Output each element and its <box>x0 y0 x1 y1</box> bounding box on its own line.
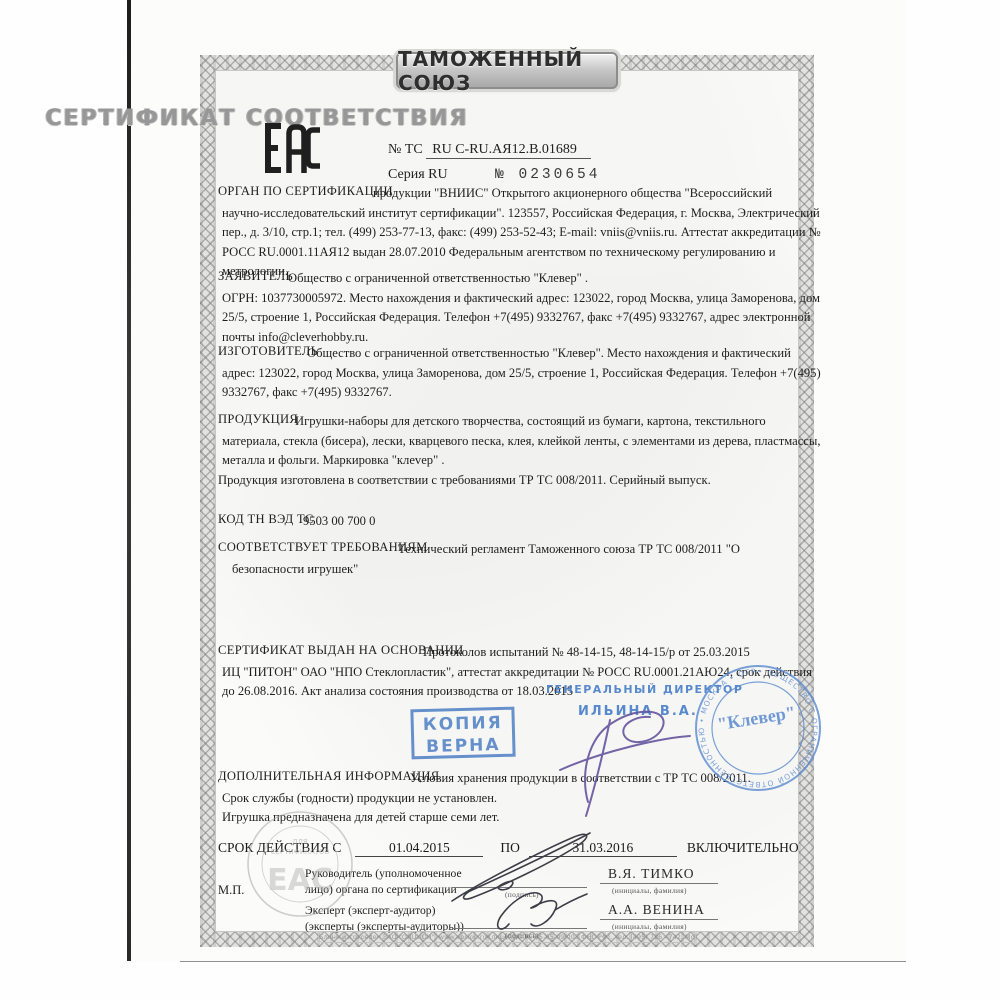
text-line: РОСС RU.0001.11АЯ12 выдан 28.07.2010 Фед… <box>218 243 804 263</box>
stamp-text: ВЕРНА <box>414 734 513 759</box>
stamp-text: СЕРТИФИКАТОВ <box>271 848 330 856</box>
certificate-title: СЕРТИФИКАТ СООТВЕТСТВИЯ <box>0 106 764 131</box>
certificate-scan: { "banner": "ТАМОЖЕННЫЙ СОЮЗ", "title": … <box>0 0 1000 1000</box>
text-line: металла и фольги. Маркировка "клеvер" . <box>218 451 804 471</box>
stamp-text: ДЛЯ <box>292 838 308 846</box>
series-row: Серия RU № 0230654 <box>388 167 600 183</box>
name-caption: (инициалы, фамилия) <box>612 886 687 895</box>
stamp-text: КОПИЯ <box>413 712 512 737</box>
validity-inclusive: ВКЛЮЧИТЕЛЬНО <box>687 840 799 856</box>
scan-edge-shadow <box>127 0 131 961</box>
text-line: Продукция изготовлена в соответствии с т… <box>218 471 804 491</box>
series-label: Серия RU <box>388 167 448 182</box>
text-line: 25/5, строение 1, Российская Федерация. … <box>218 308 804 328</box>
cert-number-row: № ТС RU C-RU.АЯ12.В.01689 <box>388 142 591 158</box>
text-line: пер., д. 3/10, стр.1; тел. (499) 253-77-… <box>218 223 804 243</box>
expert-name: А.А. ВЕНИНА <box>608 902 705 918</box>
text-line: ОГРН: 1037730005972. Место нахождения и … <box>218 289 804 309</box>
cert-number-value: RU C-RU.АЯ12.В.01689 <box>426 142 591 159</box>
text-line: Общество с ограниченной ответственностью… <box>218 344 804 364</box>
section-sootvetstvuet: Технический регламент Таможенного союза … <box>218 540 804 579</box>
section-organ: продукции "ВНИИС" Открытого акционерного… <box>218 184 804 282</box>
director-signature <box>540 690 720 820</box>
section-zayavitel: Общество с ограниченной ответственностью… <box>218 269 804 347</box>
copy-verna-stamp: КОПИЯ ВЕРНА <box>410 707 515 760</box>
name-caption: (инициалы, фамилия) <box>612 922 687 931</box>
text-line: адрес: 123022, город Москва, улица Замор… <box>218 364 804 384</box>
series-number: № 0230654 <box>495 167 600 183</box>
section-produkcia: Игрушки-наборы для детского творчества, … <box>218 412 804 490</box>
expert-ink-signature <box>495 882 595 937</box>
name-line <box>600 919 718 920</box>
text-line: Технический регламент Таможенного союза … <box>218 540 804 560</box>
form-printer-microtext: Бланк изготовлен ЗАО "ОПЦИОН", www.opcio… <box>318 931 696 943</box>
text-line: безопасности игрушек" <box>218 560 804 580</box>
scan-bottom-edge <box>180 961 906 962</box>
text-line: 9332767, факс +7(495) 9332767. <box>218 383 804 403</box>
name-line <box>600 883 718 884</box>
customs-union-banner: ТАМОЖЕННЫЙ СОЮЗ <box>396 52 618 89</box>
text-line: научно-исследовательский институт сертиф… <box>218 204 804 224</box>
cert-number-label: № ТС <box>388 142 423 157</box>
mp-round-stamp: ДЛЯ СЕРТИФИКАТОВ ЕАС <box>240 804 360 924</box>
text-line: продукции "ВНИИС" Открытого акционерного… <box>218 184 804 204</box>
section-izgotovitel: Общество с ограниченной ответственностью… <box>218 344 804 403</box>
text-line: материала, стекла (бисера), лески, кварц… <box>218 432 804 452</box>
eac-watermark: ЕАС <box>267 863 333 898</box>
stamp-company-name: "Клевер" <box>716 702 797 734</box>
text-line: Общество с ограниченной ответственностью… <box>218 269 804 289</box>
text-line: Игрушки-наборы для детского творчества, … <box>218 412 804 432</box>
eac-logo-icon <box>262 120 322 176</box>
head-name: В.Я. ТИМКО <box>608 866 695 882</box>
tnved-code: 9503 00 700 0 <box>218 512 804 532</box>
section-kod: 9503 00 700 0 <box>218 512 804 532</box>
